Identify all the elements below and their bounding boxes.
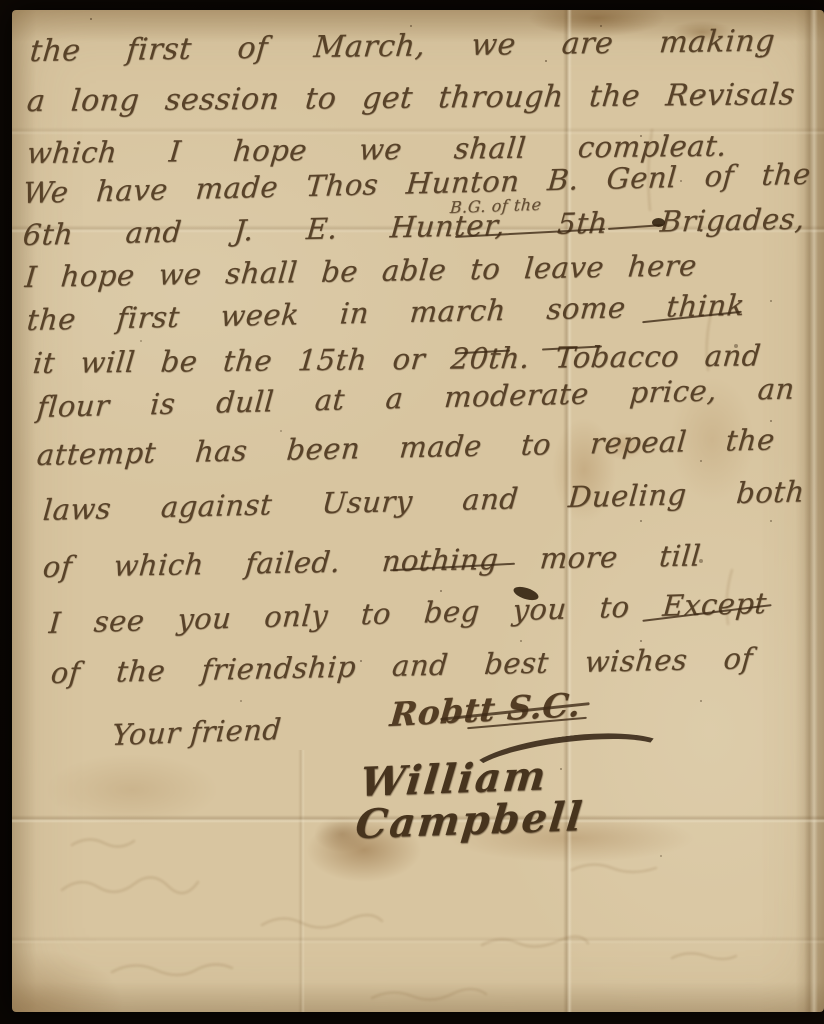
ink-blot [652,218,665,227]
letter-page: the first of March, we are making a long… [12,10,824,1012]
scan-background: the first of March, we are making a long… [0,0,824,1024]
ink-speckles [12,10,14,12]
letter-line-2: a long session to get through the Revisa… [25,79,796,117]
letter-line-8: it will be the 15th or 20th. Tobacco and [32,340,763,378]
